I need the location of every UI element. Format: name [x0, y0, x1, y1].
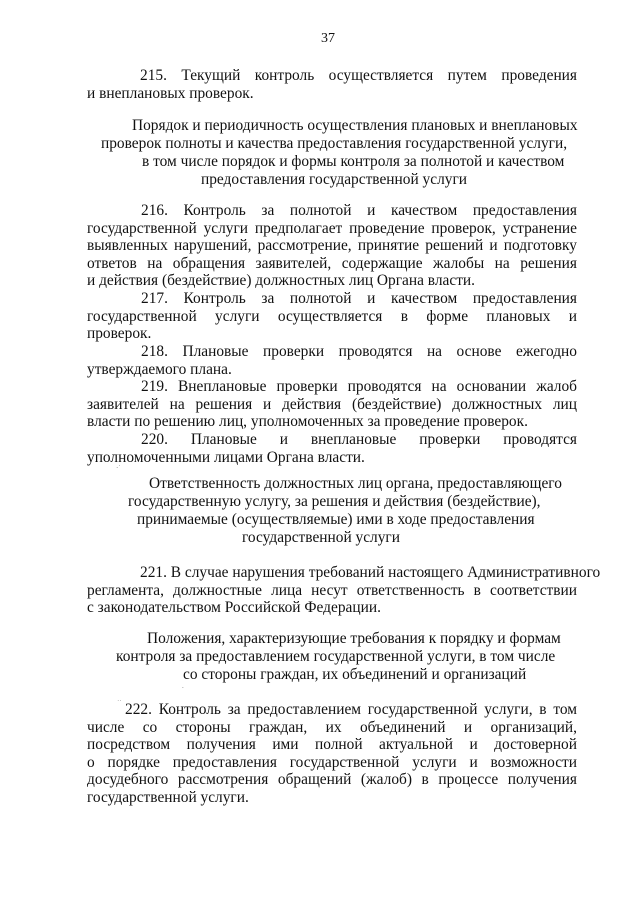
scan-artifact: ·˙ — [116, 464, 121, 472]
paragraph-line: 215. Текущий контроль осуществляется пут… — [87, 67, 577, 85]
paragraph-line: 222. Контроль за предоставлением государ… — [87, 701, 577, 719]
document-page: 37 215. Текущий контроль осуществляется … — [0, 0, 640, 905]
paragraph-line: 219. Внеплановые проверки проводятся на … — [87, 378, 577, 396]
heading-line: принимаемые (осуществляемые) ими в ходе … — [87, 511, 577, 529]
heading-line: в том числе порядок и формы контроля за … — [87, 153, 577, 171]
heading-line: Ответственность должностных лиц органа, … — [87, 475, 577, 493]
paragraph-line: государственной услуги предполагает пров… — [87, 220, 577, 238]
paragraph-line: регламента, должностные лица несут ответ… — [87, 582, 577, 600]
paragraph-line: с законодательством Российской Федерации… — [87, 599, 577, 617]
page-number: 37 — [0, 31, 640, 47]
paragraph-220: 220. Плановые и внеплановые проверки про… — [87, 431, 577, 466]
scan-artifact: . — [182, 682, 184, 690]
heading-line: государственной услуги — [87, 529, 577, 547]
heading-line: Порядок и периодичность осуществления пл… — [87, 117, 577, 135]
paragraph-line: 217. Контроль за полнотой и качеством пр… — [87, 290, 577, 308]
paragraph-line: государственной услуги. — [87, 789, 577, 807]
paragraph-line: утверждаемого плана. — [87, 361, 577, 379]
paragraph-222: 222. Контроль за предоставлением государ… — [87, 701, 577, 807]
paragraph-line: проверок. — [87, 325, 577, 343]
paragraph-218: 218. Плановые проверки проводятся на осн… — [87, 343, 577, 378]
paragraph-221: 221. В случае нарушения требований насто… — [87, 564, 577, 617]
paragraph-216: 216. Контроль за полнотой и качеством пр… — [87, 202, 577, 290]
paragraph-line: власти по решению лиц, уполномоченных за… — [87, 413, 577, 431]
paragraph-line: 216. Контроль за полнотой и качеством пр… — [87, 202, 577, 220]
heading-line: Положения, характеризующие требования к … — [87, 630, 577, 648]
paragraph-line: выявленных нарушений, рассмотрение, прин… — [87, 237, 577, 255]
heading-line: государственную услугу, за решения и дей… — [87, 493, 577, 511]
paragraph-line: государственной услуги осуществляется в … — [87, 308, 577, 326]
paragraph-line: уполномоченными лицами Органа власти. — [87, 449, 577, 467]
paragraph-line: о порядке предоставления государственной… — [87, 754, 577, 772]
heading-line: предоставления государственной услуги — [87, 171, 577, 189]
heading-line: со стороны граждан, их объединений и орг… — [87, 666, 577, 684]
section-heading-control-provisions: Положения, характеризующие требования к … — [87, 630, 577, 684]
section-heading-responsibility: Ответственность должностных лиц органа, … — [87, 475, 577, 547]
section-heading-inspection-order: Порядок и периодичность осуществления пл… — [87, 117, 577, 189]
paragraph-line: заявителей на решения и действия (бездей… — [87, 396, 577, 414]
paragraph-219: 219. Внеплановые проверки проводятся на … — [87, 378, 577, 431]
paragraph-217: 217. Контроль за полнотой и качеством пр… — [87, 290, 577, 343]
paragraph-line: посредством получения ими полной актуаль… — [87, 736, 577, 754]
heading-line: контроля за предоставлением государствен… — [87, 648, 577, 666]
heading-line: проверок полноты и качества предоставлен… — [87, 135, 577, 153]
paragraph-line: числе со стороны граждан, их объединений… — [87, 719, 577, 737]
paragraph-line: 221. В случае нарушения требований насто… — [87, 564, 577, 582]
paragraph-line: и действия (бездействие) должностных лиц… — [87, 272, 577, 290]
paragraph-line: и внеплановых проверок. — [87, 85, 577, 103]
paragraph-line: 220. Плановые и внеплановые проверки про… — [87, 431, 577, 449]
paragraph-line: ответов на обращения заявителей, содержа… — [87, 255, 577, 273]
paragraph-215: 215. Текущий контроль осуществляется пут… — [87, 67, 577, 102]
paragraph-line: досудебного рассмотрения обращений (жало… — [87, 771, 577, 789]
paragraph-line: 218. Плановые проверки проводятся на осн… — [87, 343, 577, 361]
